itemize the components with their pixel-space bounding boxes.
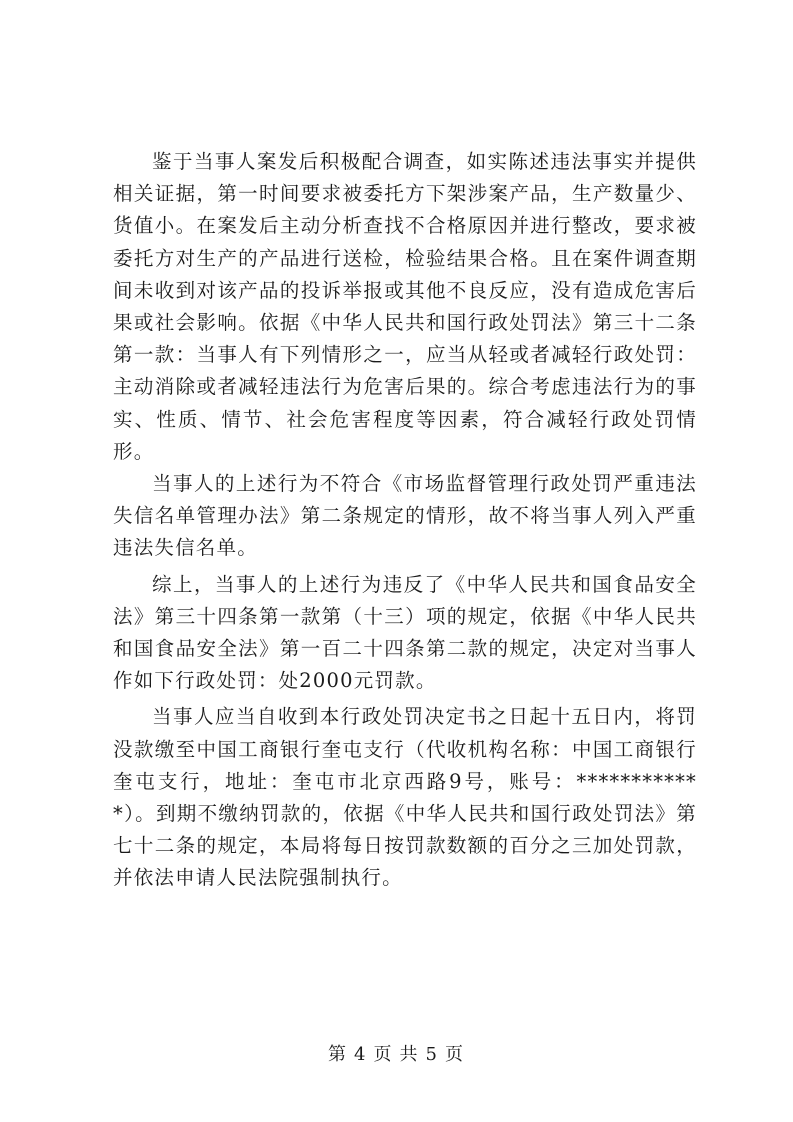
document-body: 鉴于当事人案发后积极配合调查，如实陈述违法事实并提供相关证据，第一时间要求被委托…	[113, 146, 697, 895]
footer-total-prefix: 共	[400, 1044, 420, 1065]
current-page-number: 4	[354, 1044, 367, 1065]
footer-prefix: 第	[328, 1044, 348, 1065]
total-page-count: 5	[426, 1044, 439, 1065]
paragraph-payment-instructions: 当事人应当自收到本行政处罚决定书之日起十五日内，将罚没款缴至中国工商银行奎屯支行…	[113, 701, 697, 894]
page-footer: 第4页共5页	[0, 1040, 793, 1066]
footer-total-unit: 页	[445, 1044, 465, 1065]
paragraph-mitigation: 鉴于当事人案发后积极配合调查，如实陈述违法事实并提供相关证据，第一时间要求被委托…	[113, 146, 697, 468]
footer-page-unit: 页	[374, 1044, 394, 1065]
paragraph-penalty-decision: 综上，当事人的上述行为违反了《中华人民共和国食品安全法》第三十四条第一款第（十三…	[113, 569, 697, 698]
paragraph-credit-list: 当事人的上述行为不符合《市场监督管理行政处罚严重违法失信名单管理办法》第二条规定…	[113, 468, 697, 565]
